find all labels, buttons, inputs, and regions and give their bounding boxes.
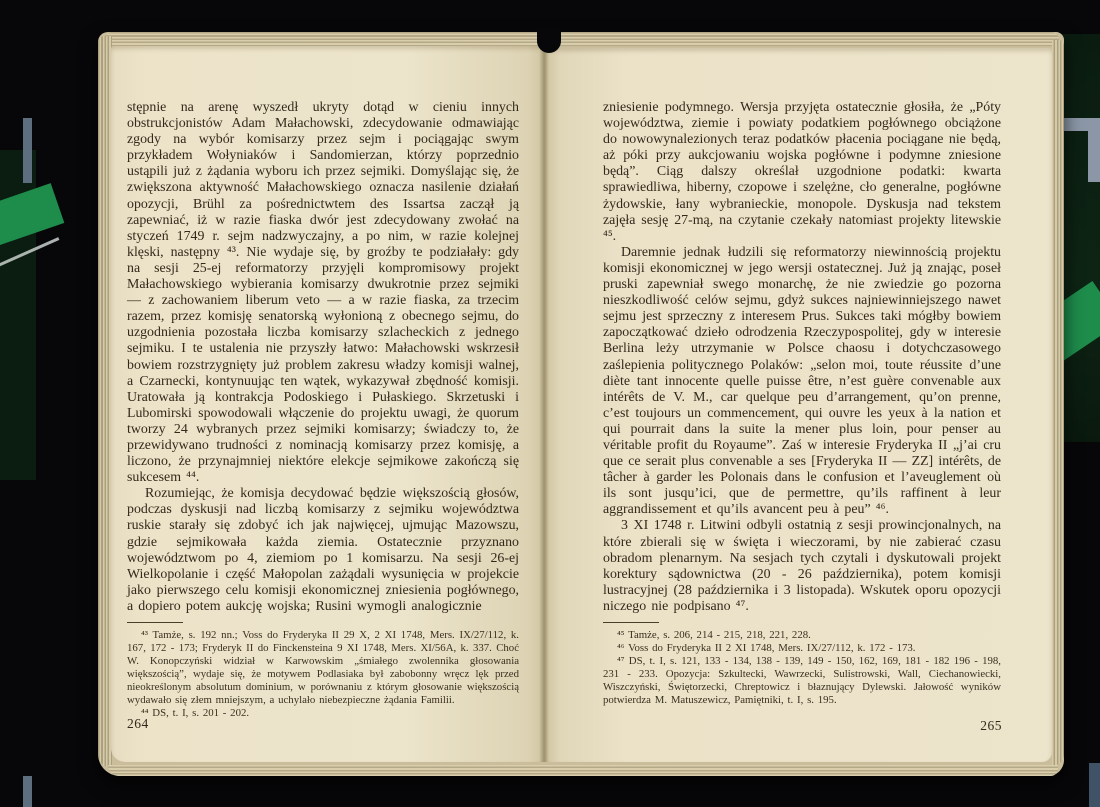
footnote: ⁴⁴ DS, t. I, s. 201 - 202. xyxy=(127,707,519,720)
decor-dark-green-right xyxy=(1060,34,1100,442)
body-paragraph: 3 XI 1748 r. Litwini odbyli ostatnią z s… xyxy=(603,518,1001,615)
desktop-background: stępnie na arenę wyszedł ukryty dotąd w … xyxy=(0,0,1100,807)
decor-grey-bracket-right xyxy=(1063,118,1100,182)
body-paragraph: stępnie na arenę wyszedł ukryty dotąd w … xyxy=(127,100,519,486)
footnote-separator xyxy=(127,622,183,623)
right-page: zniesienie podymnego. Wersja przyjęta os… xyxy=(545,48,1052,762)
book-spine-notch xyxy=(537,29,561,53)
decor-blue-bar-left-bottom xyxy=(23,776,32,807)
book-page-edges-right xyxy=(1052,40,1064,766)
right-page-text: zniesienie podymnego. Wersja przyjęta os… xyxy=(603,100,1001,707)
body-paragraph: Rozumiejąc, że komisja decydować będzie … xyxy=(127,486,519,615)
body-paragraph: Daremnie jednak łudzili się reformatorzy… xyxy=(603,245,1001,519)
footnote: ⁴⁶ Voss do Fryderyka II 2 XI 1748, Mers.… xyxy=(603,642,1001,655)
footnote-separator xyxy=(603,622,659,623)
footnote: ⁴⁷ DS, t. I, s. 121, 133 - 134, 138 - 13… xyxy=(603,655,1001,707)
book-page-edges-left xyxy=(98,36,112,768)
decor-blue-corner-bottom-right xyxy=(1089,763,1100,807)
left-page: stępnie na arenę wyszedł ukryty dotąd w … xyxy=(111,46,545,762)
footnote: ⁴⁵ Tamże, s. 206, 214 - 215, 218, 221, 2… xyxy=(603,629,1001,642)
open-book: stępnie na arenę wyszedł ukryty dotąd w … xyxy=(98,32,1064,776)
left-page-text: stępnie na arenę wyszedł ukryty dotąd w … xyxy=(127,100,519,720)
book-gutter-shadow xyxy=(539,42,549,762)
book-page-edges-bottom xyxy=(108,765,1058,776)
page-number-right: 265 xyxy=(980,718,1002,734)
book-page-edges-top xyxy=(104,32,1059,47)
decor-blue-bar-left-top xyxy=(23,118,32,183)
page-number-left: 264 xyxy=(127,716,149,732)
footnote: ⁴³ Tamże, s. 192 nn.; Voss do Fryderyka … xyxy=(127,629,519,707)
body-paragraph: zniesienie podymnego. Wersja przyjęta os… xyxy=(603,100,1001,245)
